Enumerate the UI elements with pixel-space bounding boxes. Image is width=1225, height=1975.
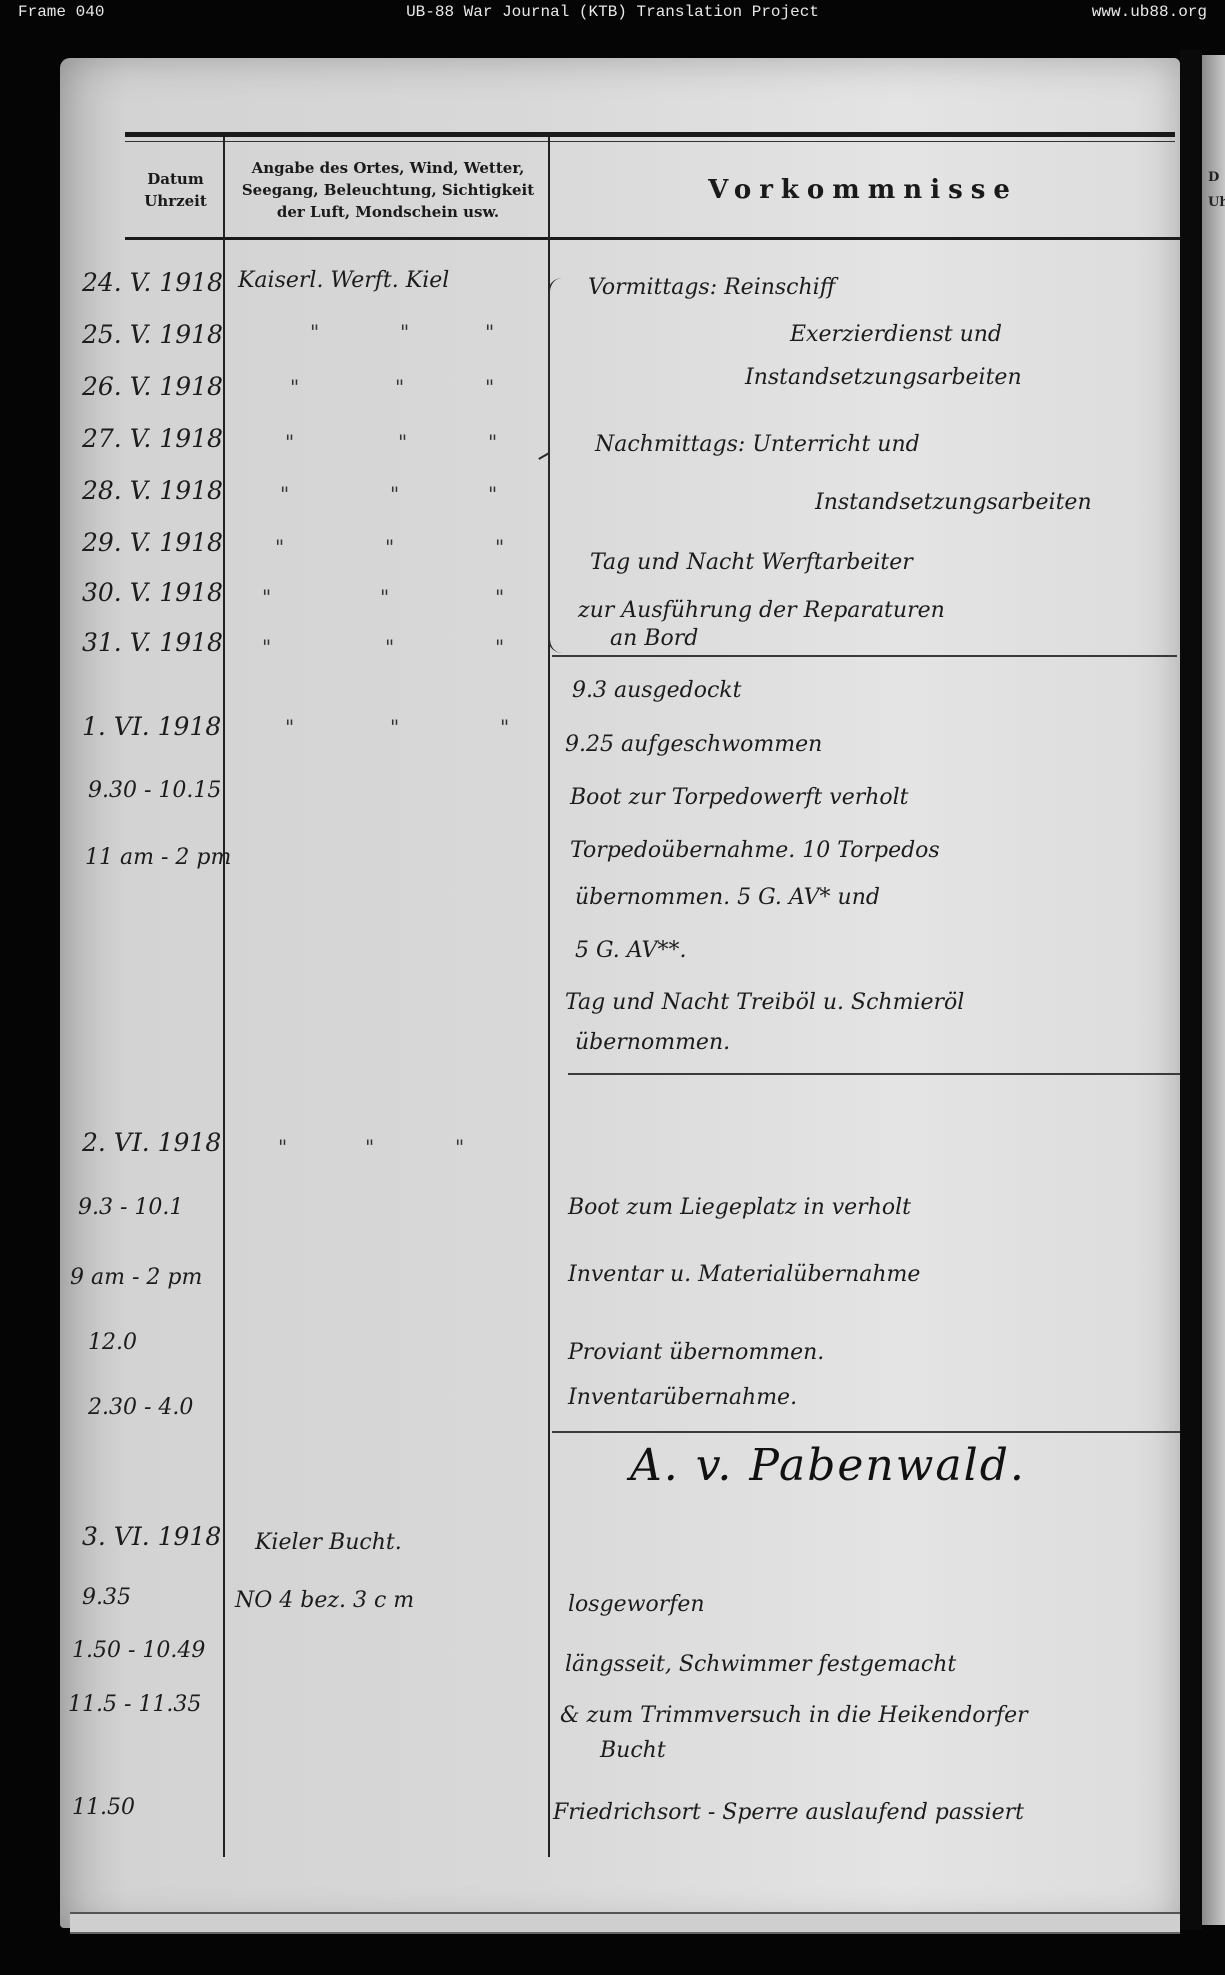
entry-time: 1.50 - 10.49: [72, 1638, 205, 1663]
entry-time: 11 am - 2 pm: [85, 845, 231, 870]
entry-date: 31. V. 1918: [82, 628, 223, 657]
entry-time: 9.3 - 10.1: [78, 1195, 183, 1220]
ditto-mark: ": [275, 535, 284, 559]
entry-time: 9 am - 2 pm: [70, 1265, 202, 1290]
event-line: Bucht: [600, 1738, 666, 1763]
next-page-header-fragment-1: D: [1208, 170, 1219, 185]
entry-time: 11.50: [72, 1795, 135, 1820]
column-header-date-line1: Datum: [144, 168, 207, 190]
column-header-events: Vorkommnisse: [553, 142, 1173, 237]
entry-time: 12.0: [88, 1330, 137, 1355]
entry-date: 24. V. 1918: [82, 268, 223, 297]
ditto-mark: ": [485, 375, 494, 399]
event-line: übernommen.: [575, 1030, 730, 1055]
column-header-location-line2: Seegang, Beleuchtung, Sichtigkeit: [242, 179, 534, 201]
event-line: Tag und Nacht Werftarbeiter: [590, 550, 913, 575]
entry-location: Kieler Bucht.: [255, 1530, 402, 1555]
column-header-date: Datum Uhrzeit: [127, 142, 224, 237]
column-divider-date: [223, 137, 225, 1857]
event-line: Vormittags: Reinschiff: [588, 275, 835, 300]
page-stack-edge: [70, 1912, 1180, 1934]
ditto-mark: ": [455, 1135, 464, 1159]
entry-time: 9.35: [82, 1585, 131, 1610]
grouping-brace: [548, 278, 568, 653]
ditto-mark: ": [488, 482, 497, 506]
entry-date: 26. V. 1918: [82, 372, 223, 401]
ditto-mark: ": [280, 482, 289, 506]
ditto-mark: ": [285, 430, 294, 454]
ditto-mark: ": [385, 635, 394, 659]
event-line: 9.3 ausgedockt: [572, 678, 741, 703]
project-website-link[interactable]: www.ub88.org: [1092, 3, 1207, 21]
entry-time: 9.30 - 10.15: [88, 778, 221, 803]
ditto-mark: ": [262, 585, 271, 609]
event-line: Instandsetzungsarbeiten: [815, 490, 1092, 515]
entry-separator: [568, 1073, 1180, 1075]
ditto-mark: ": [495, 535, 504, 559]
event-line: Torpedoübernahme. 10 Torpedos: [570, 838, 940, 863]
ditto-mark: ": [495, 635, 504, 659]
ditto-mark: ": [262, 635, 271, 659]
ditto-mark: ": [390, 715, 399, 739]
event-line: Boot zur Torpedowerft verholt: [570, 785, 909, 810]
event-line: 5 G. AV**.: [575, 938, 686, 963]
event-line: längsseit, Schwimmer festgemacht: [565, 1652, 956, 1677]
event-line: an Bord: [610, 626, 698, 651]
event-line: Friedrichsort - Sperre auslaufend passie…: [553, 1800, 1024, 1825]
next-page-edge: D Uh: [1202, 55, 1225, 1925]
ditto-mark: ": [500, 715, 509, 739]
ditto-mark: ": [400, 320, 409, 344]
book-spine: [1180, 50, 1202, 1930]
column-header-location-line1: Angabe des Ortes, Wind, Wetter,: [242, 157, 534, 179]
entry-time: 11.5 - 11.35: [68, 1692, 201, 1717]
ditto-mark: ": [290, 375, 299, 399]
column-header-date-line2: Uhrzeit: [144, 190, 207, 212]
event-line: Proviant übernommen.: [568, 1340, 824, 1365]
column-header-location-line3: der Luft, Mondschein usw.: [242, 201, 534, 223]
ditto-mark: ": [390, 482, 399, 506]
event-line: Instandsetzungsarbeiten: [745, 365, 1022, 390]
ditto-mark: ": [485, 320, 494, 344]
entry-date: 2. VI. 1918: [82, 1128, 221, 1157]
ditto-mark: ": [380, 585, 389, 609]
ditto-mark: ": [285, 715, 294, 739]
event-line: losgeworfen: [568, 1592, 705, 1617]
entry-date: 28. V. 1918: [82, 476, 223, 505]
entry-location: Kaiserl. Werft. Kiel: [238, 268, 449, 293]
entry-date: 29. V. 1918: [82, 528, 223, 557]
ditto-mark: ": [495, 585, 504, 609]
event-line: Tag und Nacht Treiböl u. Schmieröl: [565, 990, 964, 1015]
next-page-header-fragment-2: Uh: [1208, 195, 1225, 210]
frame-banner: Frame 040 UB-88 War Journal (KTB) Transl…: [0, 0, 1225, 28]
entry-date: 25. V. 1918: [82, 320, 223, 349]
ditto-mark: ": [398, 430, 407, 454]
entry-date: 30. V. 1918: [82, 578, 223, 607]
entry-separator: [552, 655, 1177, 657]
commander-signature: A. v. Pabenwald.: [630, 1440, 1026, 1491]
header-bottom-rule: [125, 237, 1180, 240]
ditto-mark: ": [488, 430, 497, 454]
ditto-mark: ": [395, 375, 404, 399]
entry-separator: [552, 1431, 1180, 1433]
event-line: Nachmittags: Unterricht und: [595, 432, 920, 457]
project-title: UB-88 War Journal (KTB) Translation Proj…: [0, 3, 1225, 21]
column-header-location: Angabe des Ortes, Wind, Wetter, Seegang,…: [226, 142, 550, 237]
entry-date: 3. VI. 1918: [82, 1522, 221, 1551]
entry-date: 27. V. 1918: [82, 424, 223, 453]
event-line: Boot zum Liegeplatz in verholt: [568, 1195, 911, 1220]
entry-time: 2.30 - 4.0: [88, 1395, 193, 1420]
event-line: übernommen. 5 G. AV* und: [575, 885, 880, 910]
event-line: Exerzierdienst und: [790, 322, 1002, 347]
ditto-mark: ": [385, 535, 394, 559]
event-line: & zum Trimmversuch in die Heikendorfer: [560, 1703, 1028, 1728]
ditto-mark: ": [310, 320, 319, 344]
entry-date: 1. VI. 1918: [82, 712, 221, 741]
event-line: zur Ausführung der Reparaturen: [578, 598, 945, 623]
ditto-mark: ": [278, 1135, 287, 1159]
event-line: Inventar u. Materialübernahme: [568, 1262, 920, 1287]
event-line: 9.25 aufgeschwommen: [565, 732, 822, 757]
ditto-mark: ": [365, 1135, 374, 1159]
entry-weather: NO 4 bez. 3 c m: [235, 1588, 414, 1613]
table-top-rule: [125, 132, 1175, 137]
event-line: Inventarübernahme.: [568, 1385, 797, 1410]
